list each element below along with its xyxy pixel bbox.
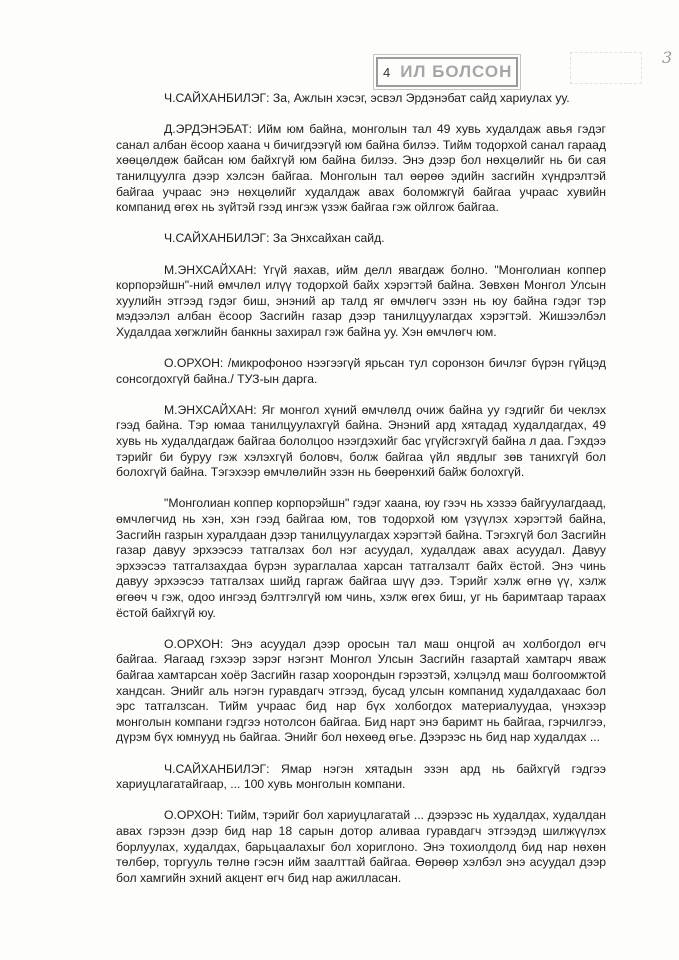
- speech-text: За, Ажлын хэсэг, эсвэл Эрдэнэбат сайд ха…: [270, 91, 570, 105]
- speaker-name: О.ОРХОН:: [164, 637, 223, 651]
- transcript-paragraph: М.ЭНХСАЙХАН: Үгүй яахав, ийм делл явагда…: [116, 263, 606, 341]
- transcript-paragraph: О.ОРХОН: Энэ асуудал дээр оросын тал маш…: [116, 637, 606, 746]
- speaker-name: Ч.САЙХАНБИЛЭГ:: [164, 91, 270, 105]
- speech-text: "Монголиан коппер корпорэйшн" гэдэг хаан…: [116, 496, 606, 619]
- speaker-name: О.ОРХОН:: [164, 808, 223, 822]
- speech-text: Энэ асуудал дээр оросын тал маш онцгой а…: [116, 637, 606, 745]
- speech-text: За Энхсайхан сайд.: [270, 231, 385, 245]
- handwritten-page-number: 3: [662, 48, 672, 67]
- transcript-paragraph: "Монголиан коппер корпорэйшн" гэдэг хаан…: [116, 496, 606, 621]
- transcript-body: Ч.САЙХАНБИЛЭГ: За, Ажлын хэсэг, эсвэл Эр…: [116, 91, 606, 902]
- transcript-paragraph: Ч.САЙХАНБИЛЭГ: За, Ажлын хэсэг, эсвэл Эр…: [116, 91, 606, 107]
- stamp-il-bolson: 4 ИЛ БОЛСОН: [376, 57, 518, 87]
- faint-stamp-mark: [570, 52, 642, 84]
- transcript-paragraph: О.ОРХОН: Тийм, тэрийг бол хариуцлагатай …: [116, 808, 606, 886]
- speaker-name: М.ЭНХСАЙХАН:: [164, 403, 257, 417]
- transcript-paragraph: Ч.САЙХАНБИЛЭГ: Ямар нэгэн хятадын эзэн а…: [116, 762, 606, 793]
- transcript-paragraph: М.ЭНХСАЙХАН: Яг монгол хүний өмчлөлд очи…: [116, 403, 606, 481]
- speaker-name: Ч.САЙХАНБИЛЭГ:: [164, 231, 270, 245]
- speaker-name: Д.ЭРДЭНЭБАТ:: [164, 122, 252, 136]
- stamp-number: 4: [383, 65, 390, 80]
- transcript-paragraph: Ч.САЙХАНБИЛЭГ: За Энхсайхан сайд.: [116, 231, 606, 247]
- speaker-name: Ч.САЙХАНБИЛЭГ:: [164, 762, 270, 776]
- transcript-paragraph: Д.ЭРДЭНЭБАТ: Ийм юм байна, монголын тал …: [116, 122, 606, 216]
- stamp-text: ИЛ БОЛСОН: [400, 62, 512, 82]
- speaker-name: О.ОРХОН:: [164, 356, 223, 370]
- speaker-name: М.ЭНХСАЙХАН:: [164, 263, 257, 277]
- transcript-paragraph: О.ОРХОН: /микрофоноо нээгээгүй ярьсан ту…: [116, 356, 606, 387]
